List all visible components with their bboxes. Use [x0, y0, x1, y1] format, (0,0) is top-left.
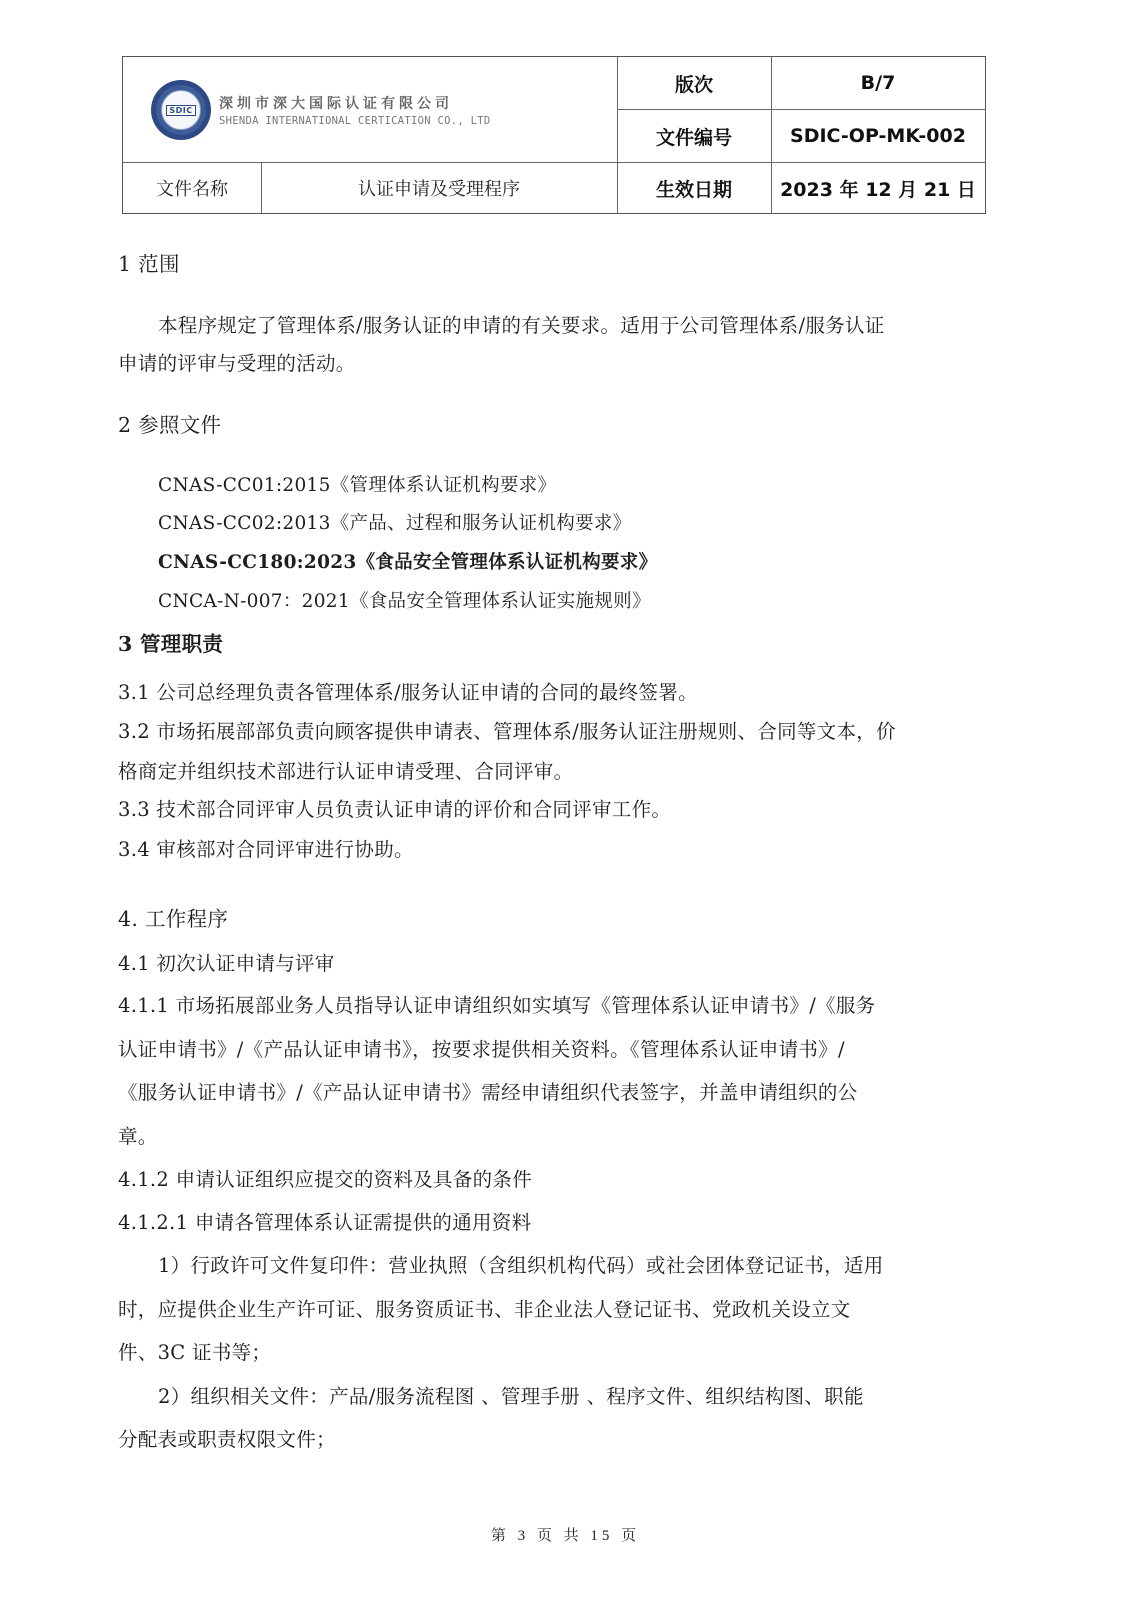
company-logo-icon: SDIC: [151, 80, 211, 140]
doc-name-label-cell: 文件名称: [123, 163, 261, 213]
reference-item: CNCA-N-007：2021《食品安全管理体系认证实施规则》: [158, 593, 651, 612]
procedure-line: 时，应提供企业生产许可证、服务资质证书、非企业法人登记证书、党政机关设立文: [118, 1300, 851, 1320]
procedure-line: 4.1.1 市场拓展部业务人员指导认证申请组织如实填写《管理体系认证申请书》/《…: [118, 996, 876, 1016]
section-4-title: 4. 工作程序: [118, 909, 228, 930]
version-label-cell: 版次: [617, 57, 771, 109]
responsibility-item-continued: 格商定并组织技术部进行认证申请受理、合同评审。: [118, 762, 573, 782]
procedure-line: 件、3C 证书等；: [118, 1343, 271, 1363]
effective-date-value: 2023 年 12 月 21 日: [780, 175, 976, 202]
effective-date-label-cell: 生效日期: [617, 163, 771, 213]
responsibility-item: 3.1 公司总经理负责各管理体系/服务认证申请的合同的最终签署。: [118, 683, 698, 703]
doc-name-value: 认证申请及受理程序: [358, 175, 520, 201]
reference-item: CNAS-CC01:2015《管理体系认证机构要求》: [158, 477, 556, 496]
procedure-line: 1）行政许可文件复印件：营业执照（含组织机构代码）或社会团体登记证书，适用: [158, 1256, 884, 1276]
version-value-cell: B/7: [771, 57, 985, 109]
company-logo-cell: SDIC 深圳市深大国际认证有限公司 SHENDA INTERNATIONAL …: [123, 57, 617, 163]
doc-name-value-cell: 认证申请及受理程序: [261, 163, 617, 213]
document-page: SDIC 深圳市深大国际认证有限公司 SHENDA INTERNATIONAL …: [0, 0, 1131, 1600]
procedure-line: 4.1.2 申请认证组织应提交的资料及具备的条件: [118, 1170, 532, 1190]
page-number: 第 3 页 共 15 页: [0, 1524, 1131, 1545]
procedure-line: 4.1.2.1 申请各管理体系认证需提供的通用资料: [118, 1213, 531, 1233]
doc-name-label: 文件名称: [156, 175, 228, 201]
reference-item: CNAS-CC02:2013《产品、过程和服务认证机构要求》: [158, 515, 631, 534]
section-1-title: 1 范围: [118, 254, 180, 275]
doc-number-value-cell: SDIC-OP-MK-002: [771, 110, 985, 162]
reference-item-bold: CNAS-CC180:2023《食品安全管理体系认证机构要求》: [158, 554, 657, 573]
version-label: 版次: [675, 70, 713, 97]
procedure-line: 4.1 初次认证申请与评审: [118, 954, 335, 974]
procedure-line: 《服务认证申请书》/《产品认证申请书》需经申请组织代表签字，并盖申请组织的公: [118, 1083, 857, 1103]
version-value: B/7: [861, 72, 896, 94]
responsibility-item: 3.3 技术部合同评审人员负责认证申请的评价和合同评审工作。: [118, 800, 671, 820]
responsibility-item: 3.4 审核部对合同评审进行协助。: [118, 840, 414, 860]
effective-date-value-cell: 2023 年 12 月 21 日: [771, 163, 985, 213]
section-1-paragraph-line-2: 申请的评审与受理的活动。: [118, 354, 356, 374]
procedure-line: 认证申请书》/《产品认证申请书》，按要求提供相关资料。《管理体系认证申请书》/: [118, 1040, 845, 1060]
section-1-paragraph-line-1: 本程序规定了管理体系/服务认证的申请的有关要求。适用于公司管理体系/服务认证: [158, 316, 885, 336]
procedure-line: 章。: [118, 1127, 158, 1147]
effective-date-label: 生效日期: [656, 175, 732, 202]
logo-label: SDIC: [166, 105, 195, 116]
document-header-table: SDIC 深圳市深大国际认证有限公司 SHENDA INTERNATIONAL …: [122, 56, 986, 214]
doc-number-label-cell: 文件编号: [617, 110, 771, 162]
section-3-title: 3 管理职责: [118, 634, 223, 655]
procedure-line: 2）组织相关文件：产品/服务流程图 、管理手册 、程序文件、组织结构图、职能: [158, 1387, 864, 1407]
procedure-line: 分配表或职责权限文件；: [118, 1430, 336, 1450]
responsibility-item: 3.2 市场拓展部部负责向顾客提供申请表、管理体系/服务认证注册规则、合同等文本…: [118, 722, 896, 742]
doc-number-value: SDIC-OP-MK-002: [790, 125, 966, 147]
doc-number-label: 文件编号: [656, 123, 732, 150]
company-name-en: SHENDA INTERNATIONAL CERTICATION CO., LT…: [219, 115, 490, 127]
company-name-cn: 深圳市深大国际认证有限公司: [219, 93, 490, 113]
section-2-title: 2 参照文件: [118, 415, 221, 436]
